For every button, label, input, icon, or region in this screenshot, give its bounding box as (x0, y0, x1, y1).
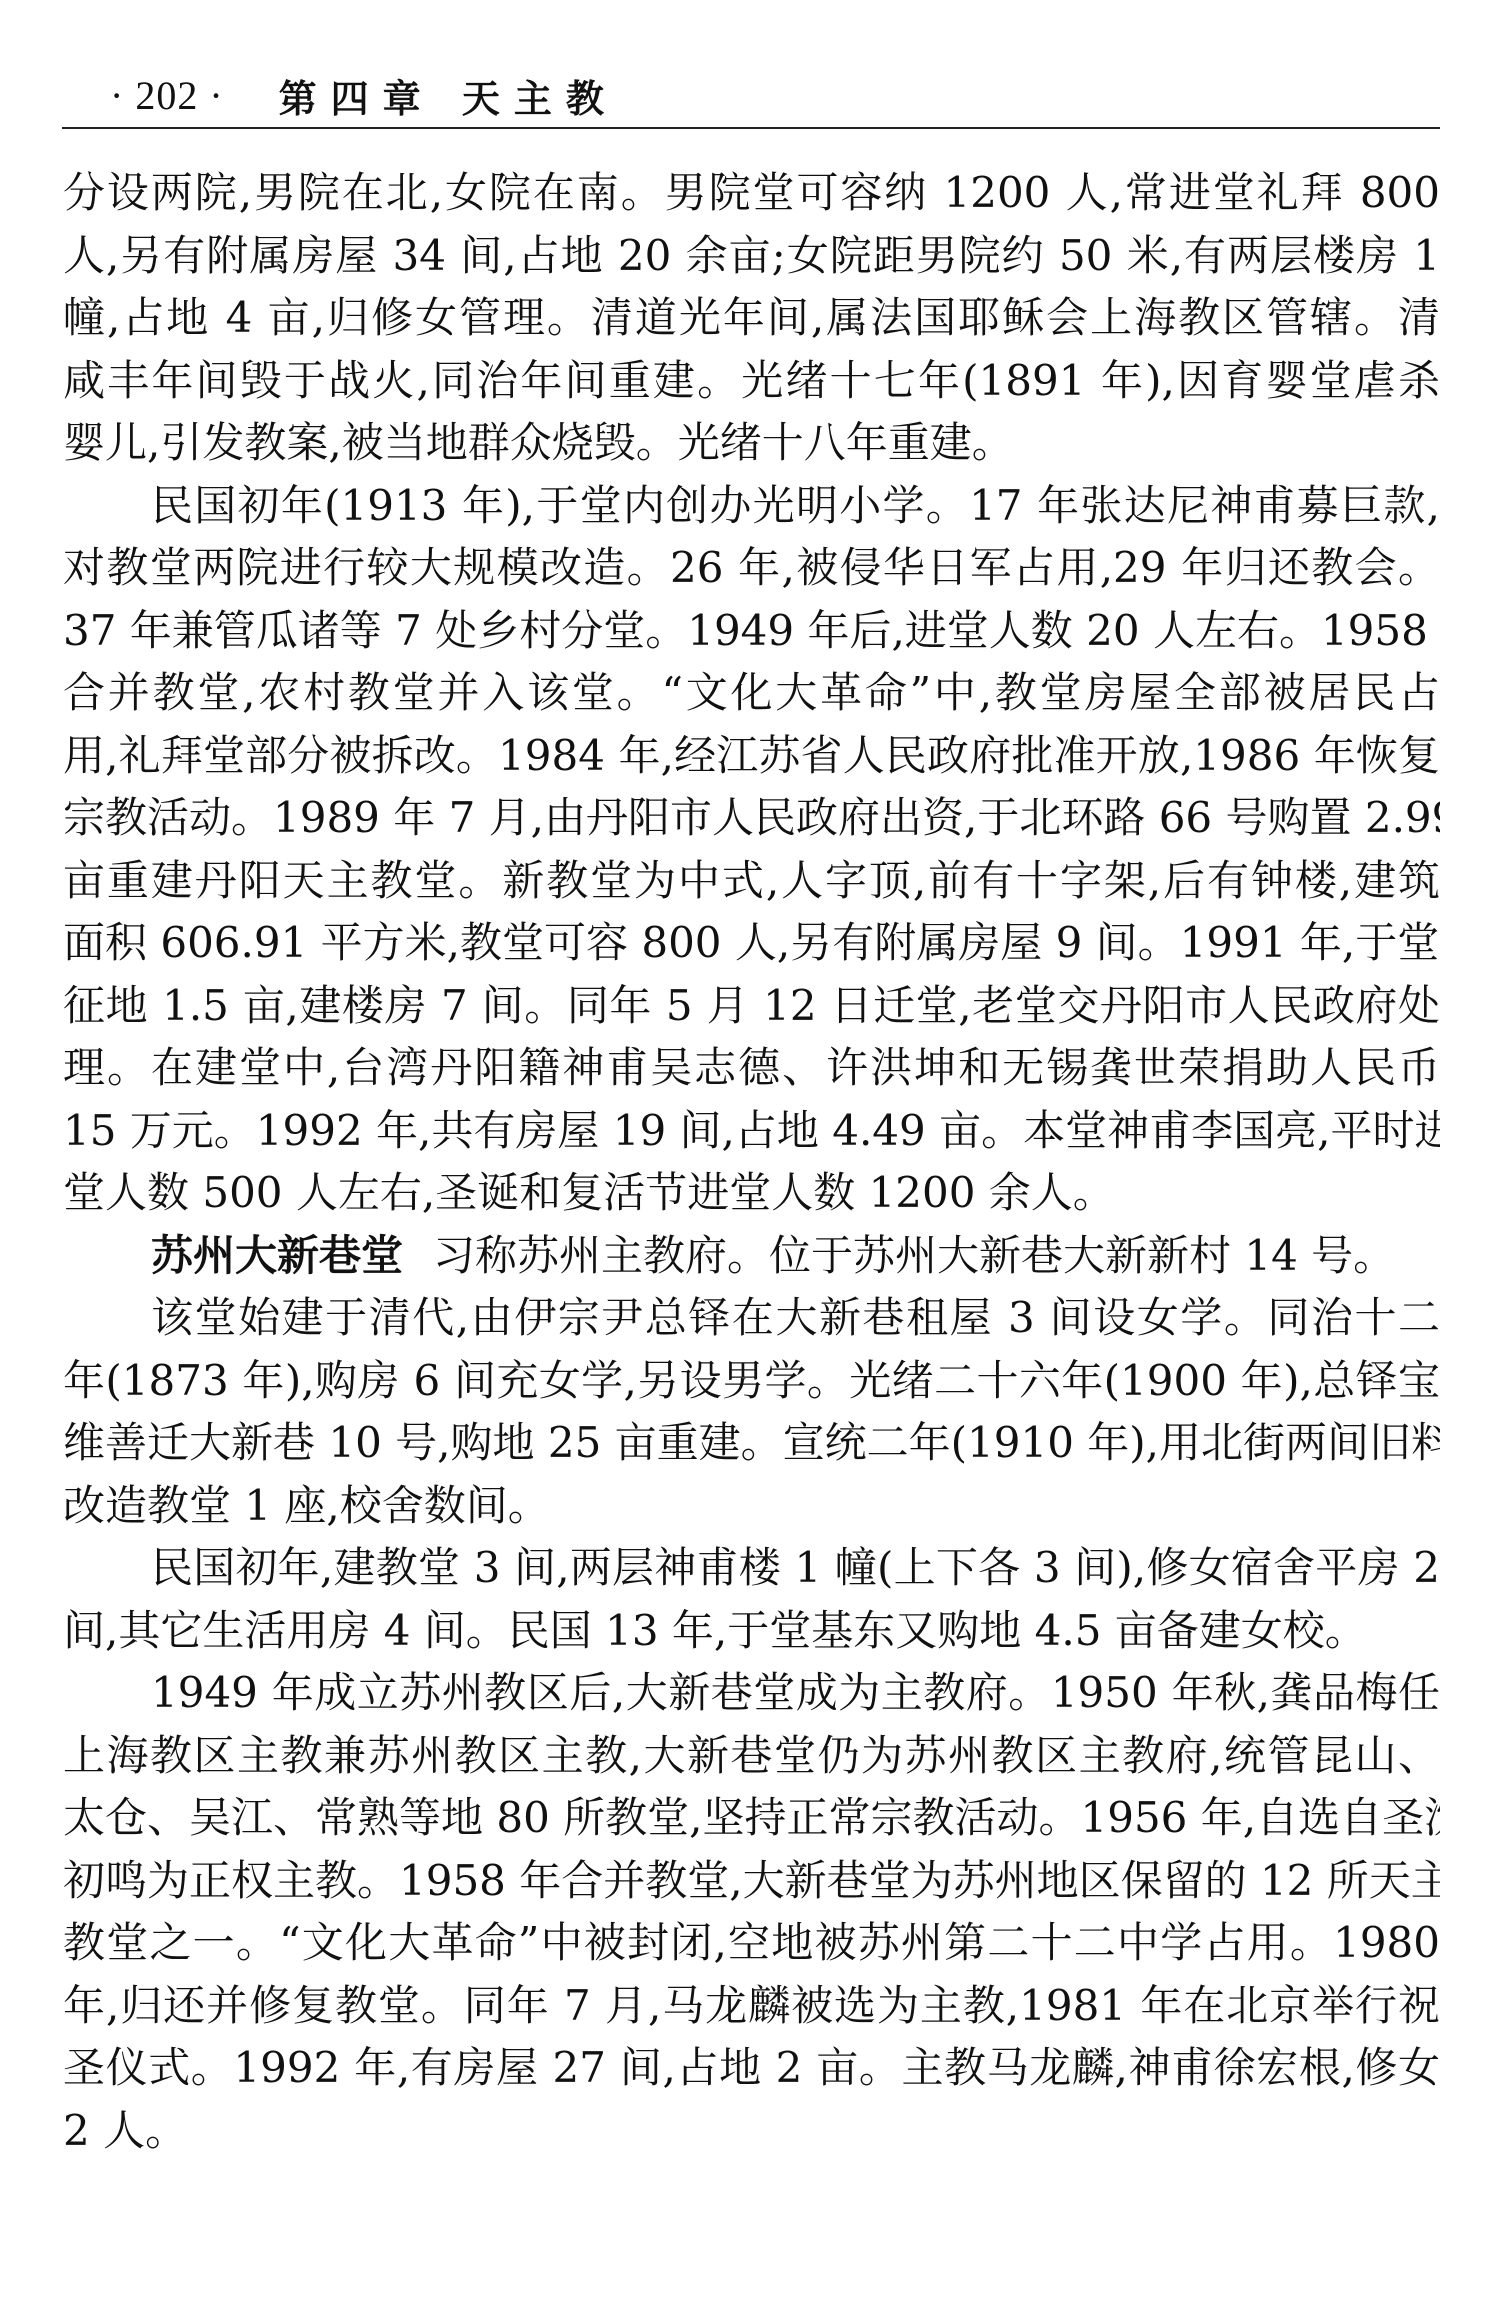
text-line: 维善迁大新巷 10 号,购地 25 亩重建。宣统二年(1910 年),用北街两间… (63, 1412, 1440, 1475)
line-text: 圣仪式。1992 年,有房屋 27 间,占地 2 亩。主教马龙麟,神甫徐宏根,修… (63, 2043, 1440, 2092)
text-line: 咸丰年间毁于战火,同治年间重建。光绪十七年(1891 年),因育婴堂虐杀 (63, 350, 1440, 413)
line-text: 改造教堂 1 座,校舍数间。 (63, 1481, 550, 1530)
text-line: 宗教活动。1989 年 7 月,由丹阳市人民政府出资,于北环路 66 号购置 2… (63, 787, 1440, 850)
line-text: 理。在建堂中,台湾丹阳籍神甫吴志德、许洪坤和无锡龚世荣捐助人民币 (63, 1043, 1440, 1092)
section-heading: 苏州大新巷堂 (151, 1231, 403, 1280)
line-text: 年(1873 年),购房 6 间充女学,另设男学。光绪二十六年(1900 年),… (63, 1356, 1440, 1405)
line-text: 合并教堂,农村教堂并入该堂。“文化大革命”中,教堂房屋全部被居民占 (63, 668, 1440, 717)
text-line: 该堂始建于清代,由伊宗尹总铎在大新巷租屋 3 间设女学。同治十二 (63, 1287, 1440, 1350)
text-line: 理。在建堂中,台湾丹阳籍神甫吴志德、许洪坤和无锡龚世荣捐助人民币 (63, 1037, 1440, 1100)
line-text: 教堂之一。“文化大革命”中被封闭,空地被苏州第二十二中学占用。1980 (63, 1918, 1440, 1967)
line-text: 37 年兼管瓜诸等 7 处乡村分堂。1949 年后,进堂人数 20 人左右。19… (63, 606, 1440, 655)
body-text: 分设两院,男院在北,女院在南。男院堂可容纳 1200 人,常进堂礼拜 800人,… (63, 162, 1440, 2162)
text-line: 民国初年,建教堂 3 间,两层神甫楼 1 幢(上下各 3 间),修女宿舍平房 2 (63, 1537, 1440, 1600)
text-line: 上海教区主教兼苏州教区主教,大新巷堂仍为苏州教区主教府,统管昆山、 (63, 1725, 1440, 1788)
line-text: 堂人数 500 人左右,圣诞和复活节进堂人数 1200 余人。 (63, 1168, 1115, 1217)
line-text: 维善迁大新巷 10 号,购地 25 亩重建。宣统二年(1910 年),用北街两间… (63, 1418, 1440, 1467)
line-text: 15 万元。1992 年,共有房屋 19 间,占地 4.49 亩。本堂神甫李国亮… (63, 1106, 1440, 1155)
text-line: 征地 1.5 亩,建楼房 7 间。同年 5 月 12 日迁堂,老堂交丹阳市人民政… (63, 975, 1440, 1038)
line-text: 上海教区主教兼苏州教区主教,大新巷堂仍为苏州教区主教府,统管昆山、 (63, 1731, 1440, 1780)
line-text: 间,其它生活用房 4 间。民国 13 年,于堂基东又购地 4.5 亩备建女校。 (63, 1606, 1367, 1655)
line-text: 分设两院,男院在北,女院在南。男院堂可容纳 1200 人,常进堂礼拜 800 (63, 168, 1440, 217)
text-line: 2 人。 (63, 2100, 1440, 2163)
line-text: 太仓、吴江、常熟等地 80 所教堂,坚持正常宗教活动。1956 年,自选自圣沈 (63, 1793, 1440, 1842)
line-text: 咸丰年间毁于战火,同治年间重建。光绪十七年(1891 年),因育婴堂虐杀 (63, 356, 1440, 405)
line-text: 人,另有附属房屋 34 间,占地 20 余亩;女院距男院约 50 米,有两层楼房… (63, 231, 1440, 280)
text-line: 民国初年(1913 年),于堂内创办光明小学。17 年张达尼神甫募巨款, (63, 475, 1440, 538)
text-line: 亩重建丹阳天主教堂。新教堂为中式,人字顶,前有十字架,后有钟楼,建筑 (63, 850, 1440, 913)
line-text: 年,归还并修复教堂。同年 7 月,马龙麟被选为主教,1981 年在北京举行祝 (63, 1981, 1440, 2030)
line-text: 用,礼拜堂部分被拆改。1984 年,经江苏省人民政府批准开放,1986 年恢复 (63, 731, 1440, 780)
line-text: 婴儿,引发教案,被当地群众烧毁。光绪十八年重建。 (63, 418, 1014, 467)
text-line: 年,归还并修复教堂。同年 7 月,马龙麟被选为主教,1981 年在北京举行祝 (63, 1975, 1440, 2038)
line-text: 民国初年(1913 年),于堂内创办光明小学。17 年张达尼神甫募巨款, (151, 481, 1440, 530)
text-line: 改造教堂 1 座,校舍数间。 (63, 1475, 1440, 1538)
text-line: 间,其它生活用房 4 间。民国 13 年,于堂基东又购地 4.5 亩备建女校。 (63, 1600, 1440, 1663)
header-rule (62, 127, 1440, 129)
text-line: 合并教堂,农村教堂并入该堂。“文化大革命”中,教堂房屋全部被居民占 (63, 662, 1440, 725)
chapter-title: 第四章 天主教 (279, 68, 618, 123)
text-line: 用,礼拜堂部分被拆改。1984 年,经江苏省人民政府批准开放,1986 年恢复 (63, 725, 1440, 788)
text-line: 初鸣为正权主教。1958 年合并教堂,大新巷堂为苏州地区保留的 12 所天主 (63, 1850, 1440, 1913)
line-text: 习称苏州主教府。位于苏州大新巷大新新村 14 号。 (433, 1231, 1395, 1280)
line-text: 对教堂两院进行较大规模改造。26 年,被侵华日军占用,29 年归还教会。 (63, 543, 1440, 592)
text-line: 对教堂两院进行较大规模改造。26 年,被侵华日军占用,29 年归还教会。 (63, 537, 1440, 600)
line-text: 2 人。 (63, 2106, 187, 2155)
text-line: 年(1873 年),购房 6 间充女学,另设男学。光绪二十六年(1900 年),… (63, 1350, 1440, 1413)
running-header: · 202 · 第四章 天主教 (110, 70, 618, 120)
line-text: 1949 年成立苏州教区后,大新巷堂成为主教府。1950 年秋,龚品梅任 (151, 1668, 1440, 1717)
line-text: 初鸣为正权主教。1958 年合并教堂,大新巷堂为苏州地区保留的 12 所天主 (63, 1856, 1440, 1905)
text-line: 太仓、吴江、常熟等地 80 所教堂,坚持正常宗教活动。1956 年,自选自圣沈 (63, 1787, 1440, 1850)
text-line: 面积 606.91 平方米,教堂可容 800 人,另有附属房屋 9 间。1991… (63, 912, 1440, 975)
page-number: · 202 · (110, 72, 224, 119)
text-line: 15 万元。1992 年,共有房屋 19 间,占地 4.49 亩。本堂神甫李国亮… (63, 1100, 1440, 1163)
text-line: 1949 年成立苏州教区后,大新巷堂成为主教府。1950 年秋,龚品梅任 (63, 1662, 1440, 1725)
line-text: 征地 1.5 亩,建楼房 7 间。同年 5 月 12 日迁堂,老堂交丹阳市人民政… (63, 981, 1440, 1030)
line-text: 宗教活动。1989 年 7 月,由丹阳市人民政府出资,于北环路 66 号购置 2… (63, 793, 1440, 842)
text-line: 分设两院,男院在北,女院在南。男院堂可容纳 1200 人,常进堂礼拜 800 (63, 162, 1440, 225)
line-text: 亩重建丹阳天主教堂。新教堂为中式,人字顶,前有十字架,后有钟楼,建筑 (63, 856, 1440, 905)
line-text: 该堂始建于清代,由伊宗尹总铎在大新巷租屋 3 间设女学。同治十二 (151, 1293, 1440, 1342)
text-line: 苏州大新巷堂习称苏州主教府。位于苏州大新巷大新新村 14 号。 (63, 1225, 1440, 1288)
line-text: 幢,占地 4 亩,归修女管理。清道光年间,属法国耶稣会上海教区管辖。清 (63, 293, 1440, 342)
line-text: 民国初年,建教堂 3 间,两层神甫楼 1 幢(上下各 3 间),修女宿舍平房 2 (151, 1543, 1440, 1592)
text-line: 婴儿,引发教案,被当地群众烧毁。光绪十八年重建。 (63, 412, 1440, 475)
text-line: 圣仪式。1992 年,有房屋 27 间,占地 2 亩。主教马龙麟,神甫徐宏根,修… (63, 2037, 1440, 2100)
text-line: 教堂之一。“文化大革命”中被封闭,空地被苏州第二十二中学占用。1980 (63, 1912, 1440, 1975)
text-line: 幢,占地 4 亩,归修女管理。清道光年间,属法国耶稣会上海教区管辖。清 (63, 287, 1440, 350)
text-line: 人,另有附属房屋 34 间,占地 20 余亩;女院距男院约 50 米,有两层楼房… (63, 225, 1440, 288)
text-line: 37 年兼管瓜诸等 7 处乡村分堂。1949 年后,进堂人数 20 人左右。19… (63, 600, 1440, 663)
line-text: 面积 606.91 平方米,教堂可容 800 人,另有附属房屋 9 间。1991… (63, 918, 1440, 967)
text-line: 堂人数 500 人左右,圣诞和复活节进堂人数 1200 余人。 (63, 1162, 1440, 1225)
